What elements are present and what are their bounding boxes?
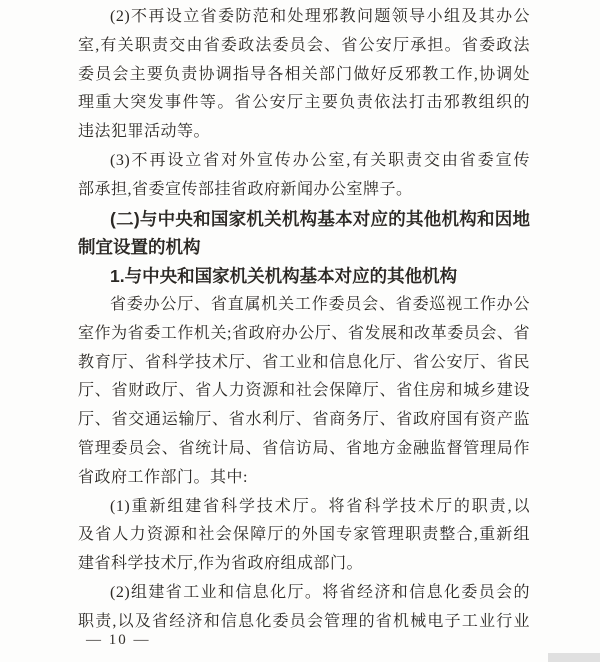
text-line: 理重大突发事件等。省公安厅主要负责依法打击邪教组织的 <box>78 89 530 118</box>
text-line: 管理委员会、省统计局、省信访局、省地方金融监督管理局作为 <box>78 435 530 464</box>
scanned-document-page: (2)不再设立省委防范和处理邪教问题领导小组及其办公室,有关职责交由省委政法委员… <box>0 0 600 662</box>
text-line: 建省科学技术厅,作为省政府组成部门。 <box>78 550 530 579</box>
text-line: 厅、省交通运输厅、省水利厅、省商务厅、省政府国有资产监督 <box>78 406 530 435</box>
text-line: 部承担,省委宣传部挂省政府新闻办公室牌子。 <box>78 176 530 205</box>
text-line: (2)不再设立省委防范和处理邪教问题领导小组及其办公 <box>78 3 530 32</box>
text-line: (1)重新组建省科学技术厅。将省科学技术厅的职责,以 <box>78 493 530 522</box>
text-line: (2)组建省工业和信息化厅。将省经济和信息化委员会的 <box>78 579 530 608</box>
text-line: 室作为省委工作机关;省政府办公厅、省发展和改革委员会、省 <box>78 320 530 349</box>
text-line: (二)与中央和国家机关机构基本对应的其他机构和因地 <box>78 205 530 234</box>
text-line: 及省人力资源和社会保障厅的外国专家管理职责整合,重新组 <box>78 521 530 550</box>
text-line: 省委办公厅、省直属机关工作委员会、省委巡视工作办公 <box>78 291 530 320</box>
page-number: — 10 — <box>86 632 151 649</box>
text-line: 1.与中央和国家机关机构基本对应的其他机构 <box>78 262 530 291</box>
document-body: (2)不再设立省委防范和处理邪教问题领导小组及其办公室,有关职责交由省委政法委员… <box>78 3 530 637</box>
text-line: 制宜设置的机构 <box>78 233 530 262</box>
text-line: 教育厅、省科学技术厅、省工业和信息化厅、省公安厅、省民政 <box>78 349 530 378</box>
text-line: 室,有关职责交由省委政法委员会、省公安厅承担。省委政法 <box>78 32 530 61</box>
scan-artifact <box>548 653 600 662</box>
text-line: (3)不再设立省对外宣传办公室,有关职责交由省委宣传 <box>78 147 530 176</box>
text-line: 厅、省财政厅、省人力资源和社会保障厅、省住房和城乡建设 <box>78 377 530 406</box>
text-line: 省政府工作部门。其中: <box>78 464 530 493</box>
text-line: 委员会主要负责协调指导各相关部门做好反邪教工作,协调处 <box>78 61 530 90</box>
text-line: 违法犯罪活动等。 <box>78 118 530 147</box>
